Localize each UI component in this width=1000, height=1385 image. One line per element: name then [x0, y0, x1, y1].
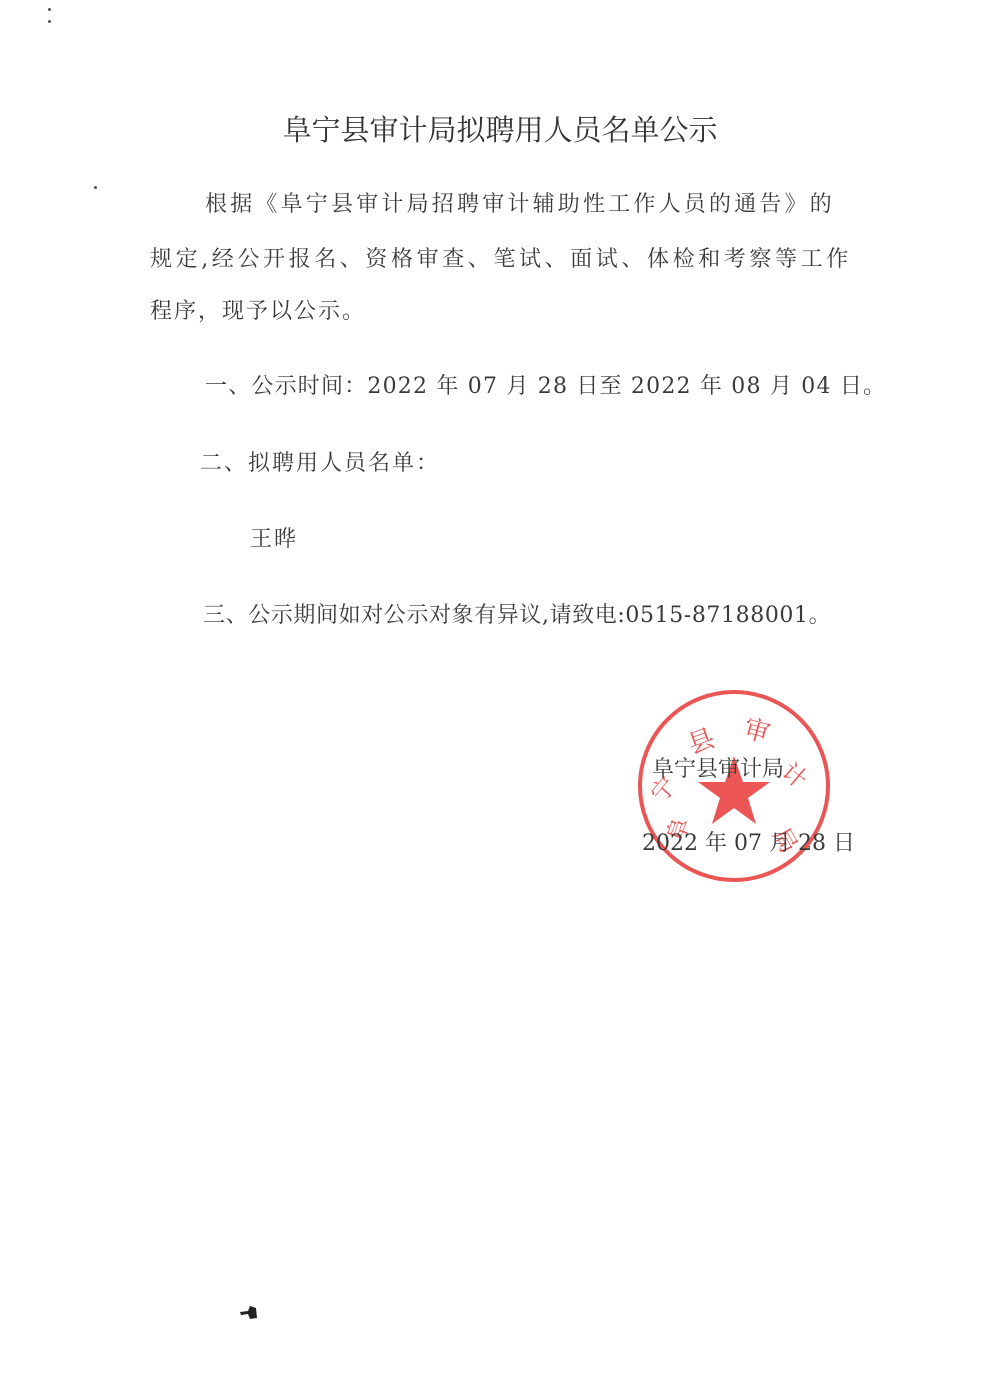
document-title: 阜宁县审计局拟聘用人员名单公示	[0, 108, 1000, 149]
document-page: 阜宁县审计局拟聘用人员名单公示 根据《阜宁县审计局招聘审计辅助性工作人员的通告》…	[0, 0, 1000, 1385]
scan-speck	[94, 186, 97, 189]
section-contact: 三、公示期间如对公示对象有异议,请致电:0515-87188001。	[203, 598, 831, 629]
candidate-name: 王晔	[250, 522, 298, 553]
svg-text:审: 审	[740, 714, 773, 750]
signature-organization: 阜宁县审计局	[652, 752, 784, 783]
section-publicity-period: 一、公示时间：2022 年 07 月 28 日至 2022 年 08 月 04 …	[205, 369, 886, 400]
scan-speck	[48, 8, 51, 11]
scan-artifact-icon	[240, 1306, 260, 1320]
intro-line-3: 程序，现予以公示。	[150, 294, 366, 325]
scan-speck	[48, 20, 51, 23]
signature-date: 2022 年 07 月 28 日	[642, 826, 855, 857]
intro-line-2: 规定,经公开报名、资格审查、笔试、面试、体检和考察等工作	[150, 242, 852, 273]
section-candidate-list-heading: 二、拟聘用人员名单：	[200, 446, 440, 477]
intro-line-1: 根据《阜宁县审计局招聘审计辅助性工作人员的通告》的	[205, 187, 835, 218]
